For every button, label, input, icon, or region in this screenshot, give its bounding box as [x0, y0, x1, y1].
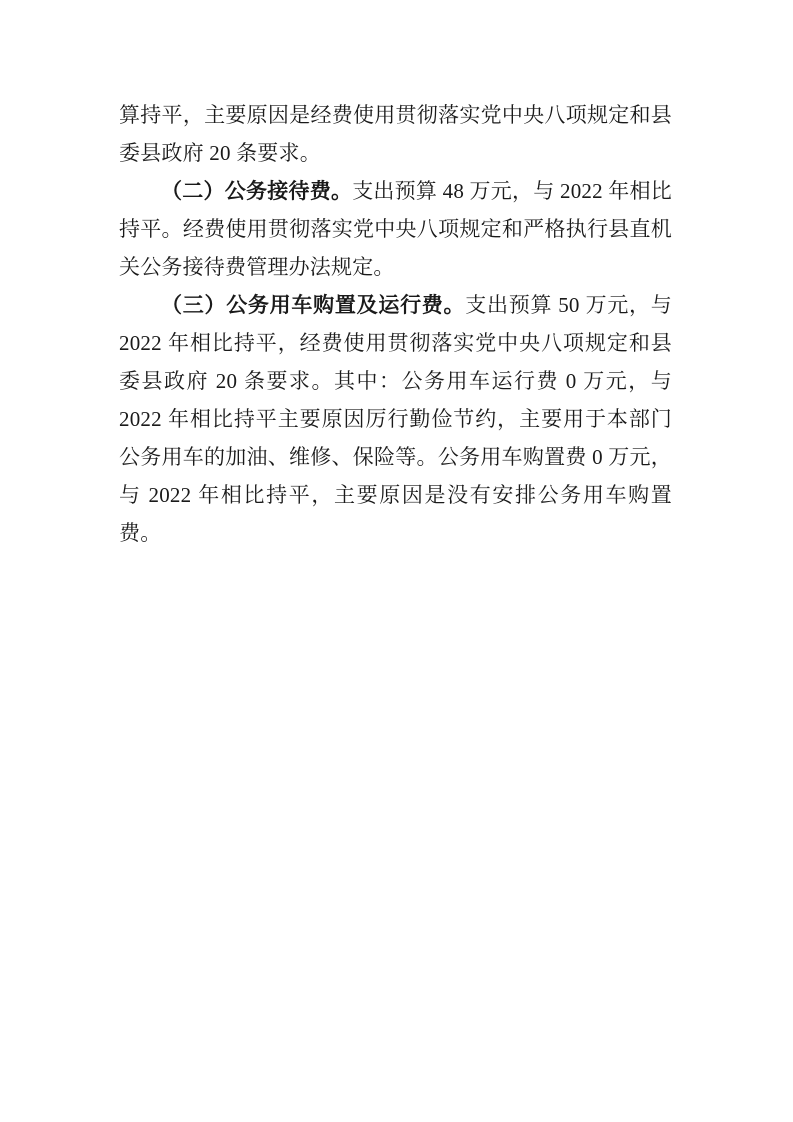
paragraph-heading: （二）公务接待费。	[161, 179, 352, 203]
paragraph-official-reception-fee: （二）公务接待费。支出预算 48 万元，与 2022 年相比持平。经费使用贯彻落…	[119, 172, 672, 286]
paragraph-text: 算持平，主要原因是经费使用贯彻落实党中央八项规定和县委县政府 20 条要求。	[119, 103, 672, 165]
paragraph-text: 支出预算 50 万元，与 2022 年相比持平，经费使用贯彻落实党中央八项规定和…	[119, 293, 672, 545]
paragraph-official-vehicle-fee: （三）公务用车购置及运行费。支出预算 50 万元，与 2022 年相比持平，经费…	[119, 286, 672, 552]
document-body: 算持平，主要原因是经费使用贯彻落实党中央八项规定和县委县政府 20 条要求。 （…	[119, 96, 672, 552]
paragraph-continuation: 算持平，主要原因是经费使用贯彻落实党中央八项规定和县委县政府 20 条要求。	[119, 96, 672, 172]
paragraph-heading: （三）公务用车购置及运行费。	[161, 293, 465, 317]
document-page: 算持平，主要原因是经费使用贯彻落实党中央八项规定和县委县政府 20 条要求。 （…	[0, 0, 793, 1122]
